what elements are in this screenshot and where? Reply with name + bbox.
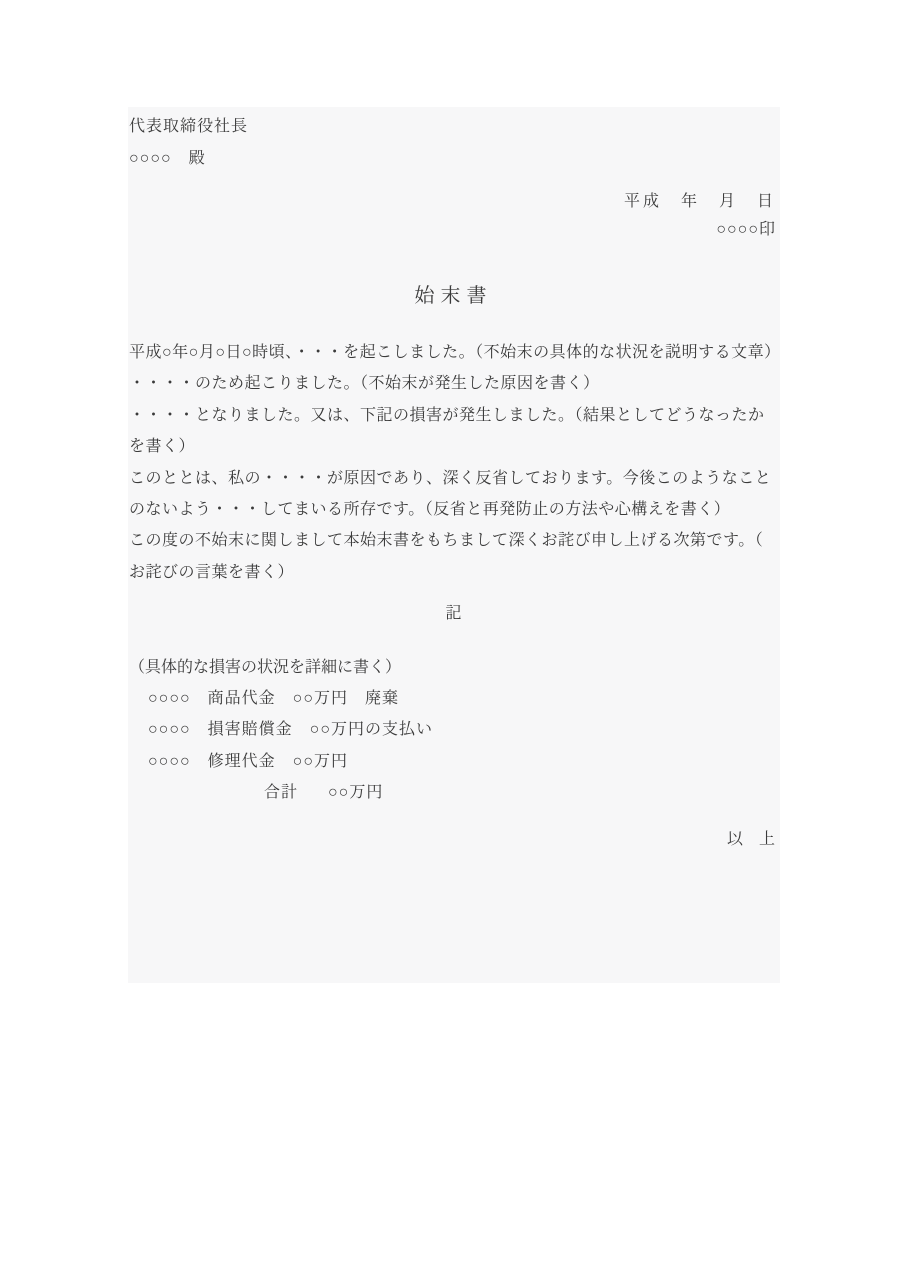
- damage-list: ○○○○商品代金○○万円廃棄 ○○○○損害賠償金○○万円の支払い ○○○○修理代…: [129, 683, 778, 809]
- recipient-title: 代表取締役社長: [129, 111, 778, 143]
- damage-row-1-item: 商品代金: [208, 690, 276, 707]
- damage-row-1-note: 廃棄: [365, 690, 399, 707]
- document-title: 始末書: [129, 281, 778, 311]
- paragraph-result: ・・・・となりました。又は、下記の損害が発生しました。（結果としてどうなったかを…: [129, 400, 778, 463]
- damage-row-1: ○○○○商品代金○○万円廃棄: [129, 683, 778, 714]
- damage-row-2-name: ○○○○: [148, 721, 191, 738]
- recipient-block: 代表取締役社長 ○○○○ 殿: [129, 111, 778, 175]
- paragraph-apology: この度の不始末に関しまして本始末書をもちまして深くお詫び申し上げる次第です。（お…: [129, 525, 778, 588]
- damage-total-row: 合計○○万円: [129, 777, 778, 808]
- recipient-name: ○○○○ 殿: [129, 143, 778, 175]
- page-background: 代表取締役社長 ○○○○ 殿 平成 年 月 日 ○○○○印 始末書 平成○年○月…: [0, 0, 905, 1280]
- damage-row-3-amount: ○○万円: [293, 753, 348, 770]
- damage-row-2-item: 損害賠償金: [208, 721, 293, 738]
- date-line: 平成 年 月 日: [129, 188, 776, 216]
- damage-row-1-name: ○○○○: [148, 690, 191, 707]
- record-marker: 記: [129, 598, 778, 629]
- damage-detail-note: （具体的な損害の状況を詳細に書く）: [129, 652, 778, 683]
- signer-seal-line: ○○○○印: [129, 216, 776, 244]
- document-paper: 代表取締役社長 ○○○○ 殿 平成 年 月 日 ○○○○印 始末書 平成○年○月…: [128, 107, 780, 983]
- date-block: 平成 年 月 日 ○○○○印: [129, 188, 778, 244]
- damage-row-2: ○○○○損害賠償金○○万円の支払い: [129, 714, 778, 745]
- damage-row-1-amount: ○○万円: [293, 690, 348, 707]
- paragraph-incident: 平成○年○月○日○時頃、・・・を起こしました。（不始末の具体的な状況を説明する文…: [129, 337, 778, 368]
- total-amount: ○○万円: [328, 784, 383, 801]
- closing-ijou: 以 上: [129, 824, 778, 855]
- body-paragraphs: 平成○年○月○日○時頃、・・・を起こしました。（不始末の具体的な状況を説明する文…: [129, 337, 778, 588]
- total-label: 合計: [264, 784, 298, 801]
- damage-row-2-amount: ○○万円の支払い: [310, 721, 433, 738]
- damage-row-3-item: 修理代金: [208, 753, 276, 770]
- paragraph-reflection: このととは、私の・・・・が原因であり、深く反省しております。今後このようなことの…: [129, 463, 778, 526]
- damage-row-3-name: ○○○○: [148, 753, 191, 770]
- paragraph-cause: ・・・・のため起こりました。（不始末が発生した原因を書く）: [129, 368, 778, 399]
- damage-row-3: ○○○○修理代金○○万円: [129, 746, 778, 777]
